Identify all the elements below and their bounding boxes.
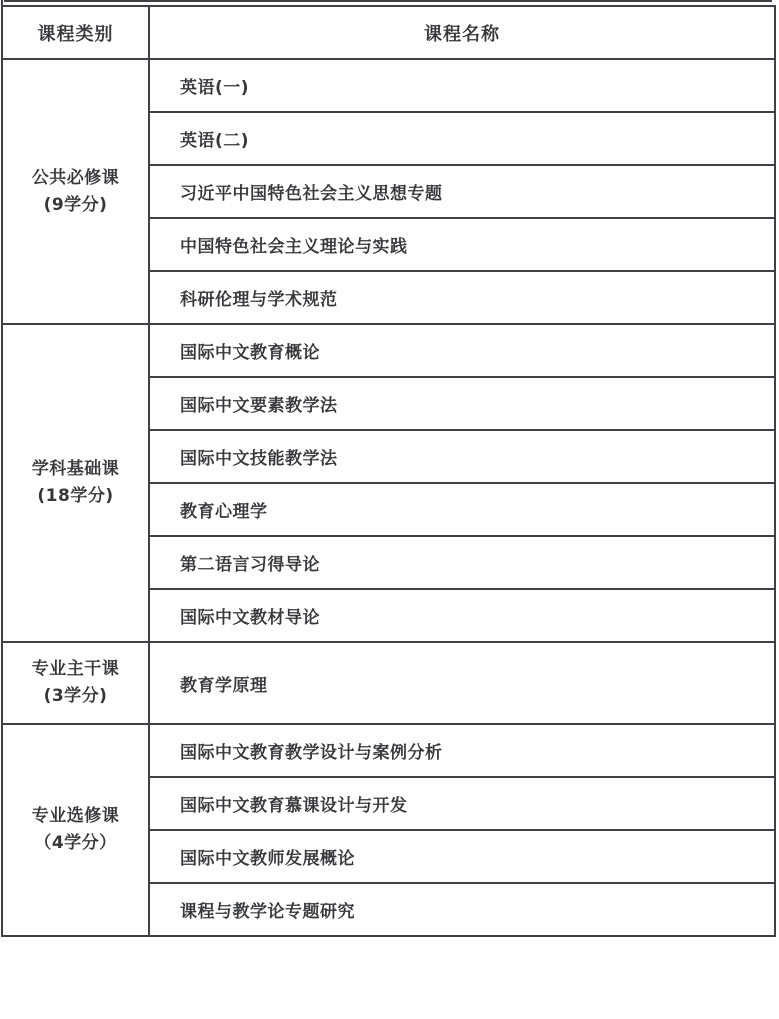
header-course-category: 课程类别	[2, 6, 149, 59]
category-cell: 专业选修课（4学分）	[2, 724, 149, 936]
course-table: 课程类别 课程名称 公共必修课(9学分)英语(一)英语(二)习近平中国特色社会主…	[1, 5, 776, 937]
course-name-cell: 英语(一)	[149, 59, 775, 112]
course-name-cell: 国际中文教育概论	[149, 324, 775, 377]
course-name-cell: 中国特色社会主义理论与实践	[149, 218, 775, 271]
course-name-cell: 科研伦理与学术规范	[149, 271, 775, 324]
table-row: 专业主干课(3学分)教育学原理	[2, 642, 775, 724]
course-name-cell: 国际中文教育教学设计与案例分析	[149, 724, 775, 777]
course-name-cell: 英语(二)	[149, 112, 775, 165]
category-credits: (18学分)	[3, 483, 148, 510]
course-name-cell: 教育学原理	[149, 642, 775, 724]
course-name-cell: 第二语言习得导论	[149, 536, 775, 589]
cropped-row-border	[4, 0, 772, 2]
category-cell: 学科基础课(18学分)	[2, 324, 149, 642]
category-credits: (9学分)	[3, 192, 148, 219]
category-name: 专业主干课	[3, 656, 148, 683]
course-name-cell: 习近平中国特色社会主义思想专题	[149, 165, 775, 218]
course-name-cell: 国际中文教师发展概论	[149, 830, 775, 883]
category-name: 学科基础课	[3, 456, 148, 483]
table-row: 学科基础课(18学分)国际中文教育概论	[2, 324, 775, 377]
category-cell: 专业主干课(3学分)	[2, 642, 149, 724]
table-body: 公共必修课(9学分)英语(一)英语(二)习近平中国特色社会主义思想专题中国特色社…	[2, 59, 775, 936]
category-name: 专业选修课	[3, 803, 148, 830]
category-credits: （4学分）	[3, 830, 148, 857]
category-cell: 公共必修课(9学分)	[2, 59, 149, 324]
course-name-cell: 教育心理学	[149, 483, 775, 536]
category-name: 公共必修课	[3, 165, 148, 192]
course-name-cell: 国际中文技能教学法	[149, 430, 775, 483]
course-name-cell: 国际中文教育慕课设计与开发	[149, 777, 775, 830]
course-name-cell: 国际中文要素教学法	[149, 377, 775, 430]
page: 课程类别 课程名称 公共必修课(9学分)英语(一)英语(二)习近平中国特色社会主…	[0, 0, 779, 1019]
category-credits: (3学分)	[3, 683, 148, 710]
header-course-name: 课程名称	[149, 6, 775, 59]
course-name-cell: 国际中文教材导论	[149, 589, 775, 642]
table-row: 公共必修课(9学分)英语(一)	[2, 59, 775, 112]
header-row: 课程类别 课程名称	[2, 6, 775, 59]
course-name-cell: 课程与教学论专题研究	[149, 883, 775, 936]
table-row: 专业选修课（4学分）国际中文教育教学设计与案例分析	[2, 724, 775, 777]
